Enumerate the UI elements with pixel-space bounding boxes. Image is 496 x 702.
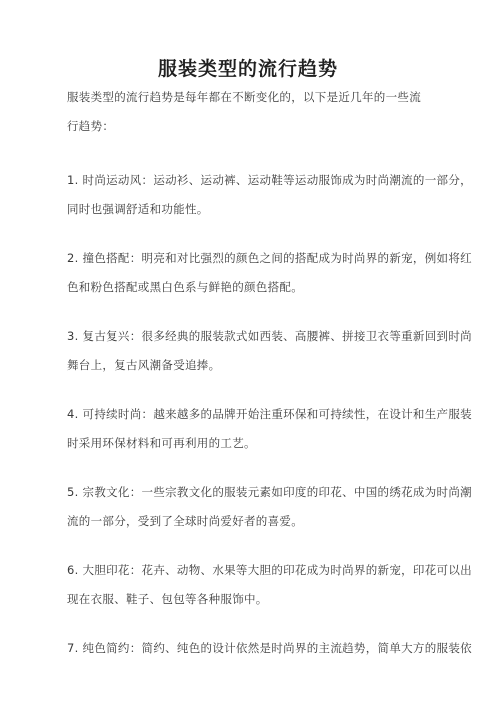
trend-item-line: 舞台上，复古风潮备受追捧。 bbox=[67, 351, 429, 380]
trend-item-5: 5. 宗教文化：一些宗教文化的服装元素如印度的印花、中国的绣花成为时尚潮 流的一… bbox=[67, 478, 429, 536]
trend-item-line: 2. 撞色搭配：明亮和对比强烈的颜色之间的搭配成为时尚界的新宠，例如将红 bbox=[67, 244, 429, 273]
trend-item-line: 时采用环保材料和可再利用的工艺。 bbox=[67, 429, 429, 458]
trend-item-6: 6. 大胆印花：花卉、动物、水果等大胆的印花成为时尚界的新宠，印花可以出 现在衣… bbox=[67, 556, 429, 614]
intro-paragraph: 服装类型的流行趋势是每年都在不断变化的，以下是近几年的一些流行趋势： bbox=[67, 83, 429, 141]
trend-item-line: 现在衣服、鞋子、包包等各种服饰中。 bbox=[67, 585, 429, 614]
trend-item-line: 同时也强调舒适和功能性。 bbox=[67, 195, 429, 224]
trend-item-line: 6. 大胆印花：花卉、动物、水果等大胆的印花成为时尚界的新宠，印花可以出 bbox=[67, 556, 429, 585]
trend-item-7: 7. 纯色简约：简约、纯色的设计依然是时尚界的主流趋势，简单大方的服装依 bbox=[67, 634, 429, 663]
trend-item-3: 3. 复古复兴：很多经典的服装款式如西装、高腰裤、拼接卫衣等重新回到时尚 舞台上… bbox=[67, 322, 429, 380]
trend-item-2: 2. 撞色搭配：明亮和对比强烈的颜色之间的搭配成为时尚界的新宠，例如将红 色和粉… bbox=[67, 244, 429, 302]
trend-item-line: 4. 可持续时尚：越来越多的品牌开始注重环保和可持续性，在设计和生产服装 bbox=[67, 400, 429, 429]
trend-item-line: 7. 纯色简约：简约、纯色的设计依然是时尚界的主流趋势，简单大方的服装依 bbox=[67, 634, 429, 663]
trend-item-line: 3. 复古复兴：很多经典的服装款式如西装、高腰裤、拼接卫衣等重新回到时尚 bbox=[67, 322, 429, 351]
document-page: 服装类型的流行趋势 服装类型的流行趋势是每年都在不断变化的，以下是近几年的一些流… bbox=[0, 0, 496, 702]
trend-item-1: 1. 时尚运动风：运动衫、运动裤、运动鞋等运动服饰成为时尚潮流的一部分， 同时也… bbox=[67, 166, 429, 224]
trend-item-4: 4. 可持续时尚：越来越多的品牌开始注重环保和可持续性，在设计和生产服装 时采用… bbox=[67, 400, 429, 458]
trend-item-line: 流的一部分，受到了全球时尚爱好者的喜爱。 bbox=[67, 507, 429, 536]
trend-item-line: 5. 宗教文化：一些宗教文化的服装元素如印度的印花、中国的绣花成为时尚潮 bbox=[67, 478, 429, 507]
page-title: 服装类型的流行趋势 bbox=[67, 56, 429, 83]
trend-item-line: 1. 时尚运动风：运动衫、运动裤、运动鞋等运动服饰成为时尚潮流的一部分， bbox=[67, 166, 429, 195]
trend-item-line: 色和粉色搭配或黑白色系与鲜艳的颜色搭配。 bbox=[67, 273, 429, 302]
